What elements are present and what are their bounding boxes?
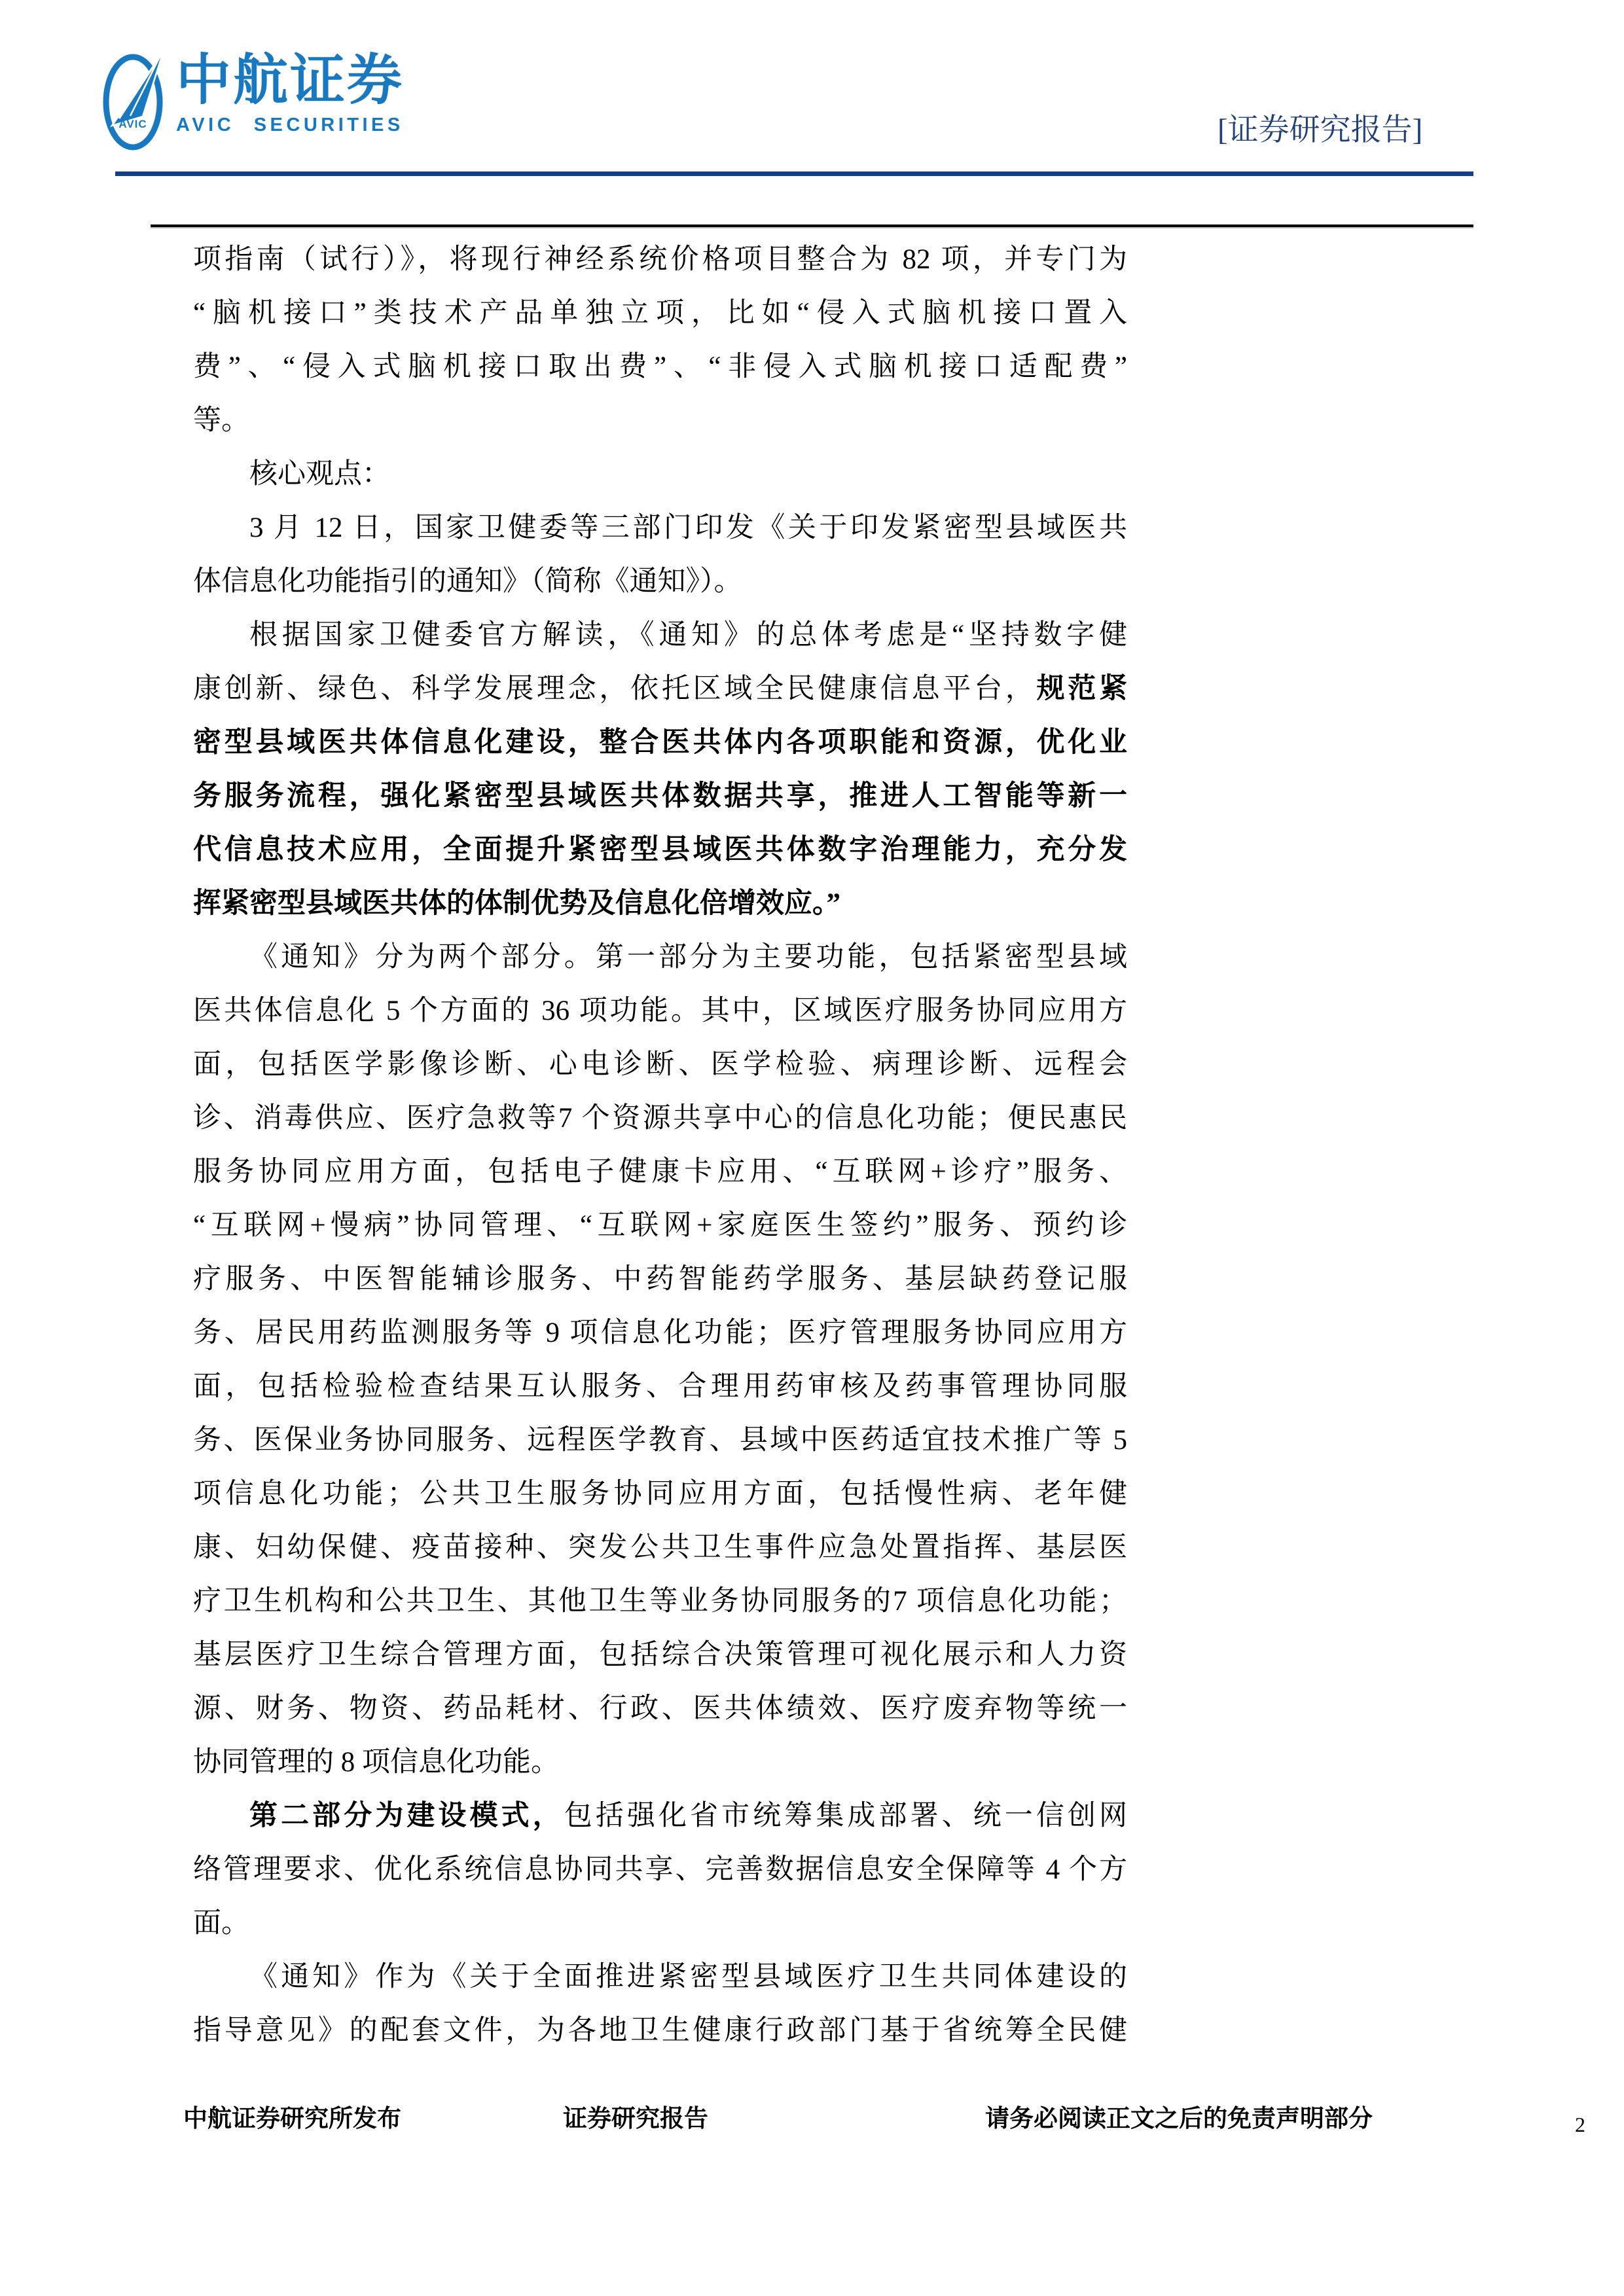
body-text-bold: 务服务流程，强化紧密型县域医共体数据共享，推进人工智能等新一 (193, 781, 1127, 812)
body-line: 协同管理的 8 项信息化功能。 (193, 1736, 1127, 1789)
body-line: 诊、消毒供应、医疗急救等7 个资源共享中心的信息化功能；便民惠民 (193, 1092, 1127, 1145)
body-text: 服务协同应用方面，包括电子健康卡应用、“互联网+诊疗”服务、 (193, 1157, 1127, 1187)
brand-text: 中航证券 AVIC SECURITIES (176, 48, 404, 136)
body-text: 面，包括医学影像诊断、心电诊断、医学检验、病理诊断、远程会 (193, 1049, 1127, 1080)
footer-publisher: 中航证券研究所发布 (183, 2105, 401, 2134)
body-line: 第二部分为建设模式，包括强化省市统筹集成部署、统一信创网 (193, 1789, 1127, 1843)
body-line: 医共体信息化 5 个方面的 36 项功能。其中，区域医疗服务协同应用方 (193, 984, 1127, 1038)
body-text: 康、妇幼保健、疫苗接种、突发公共卫生事件应急处置指挥、基层医 (193, 1532, 1127, 1563)
brand-name-en: AVIC SECURITIES (176, 115, 404, 136)
body-line: 指导意见》的配套文件，为各地卫生健康行政部门基于省统筹全民健 (193, 2004, 1127, 2058)
body-line: 根据国家卫健委官方解读，《通知》的总体考虑是“坚持数字健 (193, 609, 1127, 662)
body-text: 费”、“侵入式脑机接口取出费”、“非侵入式脑机接口适配费” (193, 351, 1127, 382)
avic-emblem-icon (101, 48, 164, 151)
body-text: 包括强化省市统筹集成部署、统一信创网 (564, 1801, 1127, 1831)
header-rule-black (151, 224, 1473, 228)
body-line: 项指南（试行）》，将现行神经系统价格项目整合为 82 项，并专门为 (193, 233, 1127, 287)
body-text: 疗卫生机构和公共卫生、其他卫生等业务协同服务的7 项信息化功能； (193, 1586, 1127, 1617)
body-text-bold: 挥紧密型县域医共体的体制优势及信息化倍增效应。” (193, 888, 840, 919)
body-line: 服务协同应用方面，包括电子健康卡应用、“互联网+诊疗”服务、 (193, 1145, 1127, 1199)
body-line: 代信息技术应用，全面提升紧密型县域医共体数字治理能力，充分发 (193, 823, 1127, 877)
body-text: 基层医疗卫生综合管理方面，包括综合决策管理可视化展示和人力资 (193, 1640, 1127, 1670)
body-text: 络管理要求、优化系统信息协同共享、完善数据信息安全保障等 4 个方 (193, 1854, 1127, 1885)
body-line: 密型县域医共体信息化建设，整合医共体内各项职能和资源，优化业 (193, 716, 1127, 770)
body-text: 疗服务、中医智能辅诊服务、中药智能药学服务、基层缺药登记服 (193, 1264, 1127, 1295)
body-text: 等。 (193, 405, 249, 436)
body-line: 源、财务、物资、药品耗材、行政、医共体绩效、医疗废弃物等统一 (193, 1682, 1127, 1736)
avic-emblem-label: AVIC (101, 118, 164, 131)
body-line: 核心观点： (193, 448, 1127, 501)
body-line: “脑机接口”类技术产品单独立项，比如“侵入式脑机接口置入 (193, 287, 1127, 340)
header-rule-blue (115, 171, 1473, 176)
footer-report-type: 证券研究报告 (563, 2105, 708, 2134)
body-line: 务服务流程，强化紧密型县域医共体数据共享，推进人工智能等新一 (193, 770, 1127, 823)
body-line: 务、居民用药监测服务等 9 项信息化功能；医疗管理服务协同应用方 (193, 1306, 1127, 1360)
body-line: 《通知》分为两个部分。第一部分为主要功能，包括紧密型县域 (193, 931, 1127, 984)
body-line: 体信息化功能指引的通知》（简称《通知》）。 (193, 555, 1127, 609)
body-text: 医共体信息化 5 个方面的 36 项功能。其中，区域医疗服务协同应用方 (193, 996, 1127, 1026)
body-line: 务、医保业务协同服务、远程医学教育、县域中医药适宜技术推广等 5 (193, 1414, 1127, 1467)
brand-logo: AVIC 中航证券 AVIC SECURITIES (101, 48, 404, 151)
body-line: 面，包括检验检查结果互认服务、合理用药审核及药事管理协同服 (193, 1360, 1127, 1414)
body-line: 络管理要求、优化系统信息协同共享、完善数据信息安全保障等 4 个方 (193, 1843, 1127, 1897)
body-line: 基层医疗卫生综合管理方面，包括综合决策管理可视化展示和人力资 (193, 1628, 1127, 1682)
body-text: 诊、消毒供应、医疗急救等7 个资源共享中心的信息化功能；便民惠民 (193, 1103, 1127, 1134)
body-text: “脑机接口”类技术产品单独立项，比如“侵入式脑机接口置入 (193, 298, 1127, 329)
brand-name-cn: 中航证券 (176, 48, 404, 112)
body-text-bold: 第二部分为建设模式， (249, 1801, 564, 1831)
body-text: 面，包括检验检查结果互认服务、合理用药审核及药事管理协同服 (193, 1371, 1127, 1402)
body-text: 面。 (193, 1908, 249, 1939)
body-text: 指导意见》的配套文件，为各地卫生健康行政部门基于省统筹全民健 (193, 2015, 1127, 2046)
body-text: 体信息化功能指引的通知》（简称《通知》）。 (193, 566, 742, 597)
body-line: 《通知》作为《关于全面推进紧密型县域医疗卫生共同体建设的 (193, 1950, 1127, 2004)
avic-emblem: AVIC (101, 48, 164, 151)
body-line: 挥紧密型县域医共体的体制优势及信息化倍增效应。” (193, 877, 1127, 931)
body-line: 面，包括医学影像诊断、心电诊断、医学检验、病理诊断、远程会 (193, 1038, 1127, 1092)
report-page: AVIC 中航证券 AVIC SECURITIES [证券研究报告] 项指南（试… (0, 0, 1624, 2296)
body-line: 疗服务、中医智能辅诊服务、中药智能药学服务、基层缺药登记服 (193, 1253, 1127, 1306)
body-line: 3 月 12 日，国家卫健委等三部门印发《关于印发紧密型县域医共 (193, 501, 1127, 555)
body-text: 3 月 12 日，国家卫健委等三部门印发《关于印发紧密型县域医共 (249, 512, 1127, 543)
body-line: 项信息化功能；公共卫生服务协同应用方面，包括慢性病、老年健 (193, 1467, 1127, 1521)
body-text: 康创新、绿色、科学发展理念，依托区域全民健康信息平台， (193, 673, 1037, 704)
body-text: 务、医保业务协同服务、远程医学教育、县域中医药适宜技术推广等 5 (193, 1425, 1127, 1456)
page-number: 2 (1575, 2113, 1585, 2137)
body-text-bold: 代信息技术应用，全面提升紧密型县域医共体数字治理能力，充分发 (193, 834, 1127, 865)
body-line: 面。 (193, 1897, 1127, 1950)
body-line: 等。 (193, 394, 1127, 448)
body-text: 项信息化功能；公共卫生服务协同应用方面，包括慢性病、老年健 (193, 1479, 1127, 1509)
report-body: 项指南（试行）》，将现行神经系统价格项目整合为 82 项，并专门为“脑机接口”类… (193, 233, 1127, 2058)
body-text: 核心观点： (249, 459, 390, 490)
body-line: 康创新、绿色、科学发展理念，依托区域全民健康信息平台，规范紧 (193, 662, 1127, 716)
body-text: 《通知》作为《关于全面推进紧密型县域医疗卫生共同体建设的 (249, 1962, 1127, 1992)
body-text: “互联网+慢病”协同管理、“互联网+家庭医生签约”服务、预约诊 (193, 1210, 1127, 1241)
body-text: 项指南（试行）》，将现行神经系统价格项目整合为 82 项，并专门为 (193, 244, 1127, 275)
body-text: 根据国家卫健委官方解读，《通知》的总体考虑是“坚持数字健 (249, 620, 1127, 651)
body-text-bold: 规范紧 (1037, 673, 1127, 704)
body-line: “互联网+慢病”协同管理、“互联网+家庭医生签约”服务、预约诊 (193, 1199, 1127, 1253)
body-line: 费”、“侵入式脑机接口取出费”、“非侵入式脑机接口适配费” (193, 340, 1127, 394)
report-type-label: [证券研究报告] (1218, 114, 1422, 148)
body-text: 务、居民用药监测服务等 9 项信息化功能；医疗管理服务协同应用方 (193, 1318, 1127, 1348)
body-line: 康、妇幼保健、疫苗接种、突发公共卫生事件应急处置指挥、基层医 (193, 1521, 1127, 1575)
body-text: 源、财务、物资、药品耗材、行政、医共体绩效、医疗废弃物等统一 (193, 1693, 1127, 1724)
body-text: 《通知》分为两个部分。第一部分为主要功能，包括紧密型县域 (249, 942, 1127, 973)
body-text-bold: 密型县域医共体信息化建设，整合医共体内各项职能和资源，优化业 (193, 727, 1127, 758)
footer-disclaimer: 请务必阅读正文之后的免责声明部分 (985, 2105, 1373, 2134)
body-line: 疗卫生机构和公共卫生、其他卫生等业务协同服务的7 项信息化功能； (193, 1575, 1127, 1628)
body-text: 协同管理的 8 项信息化功能。 (193, 1747, 559, 1778)
